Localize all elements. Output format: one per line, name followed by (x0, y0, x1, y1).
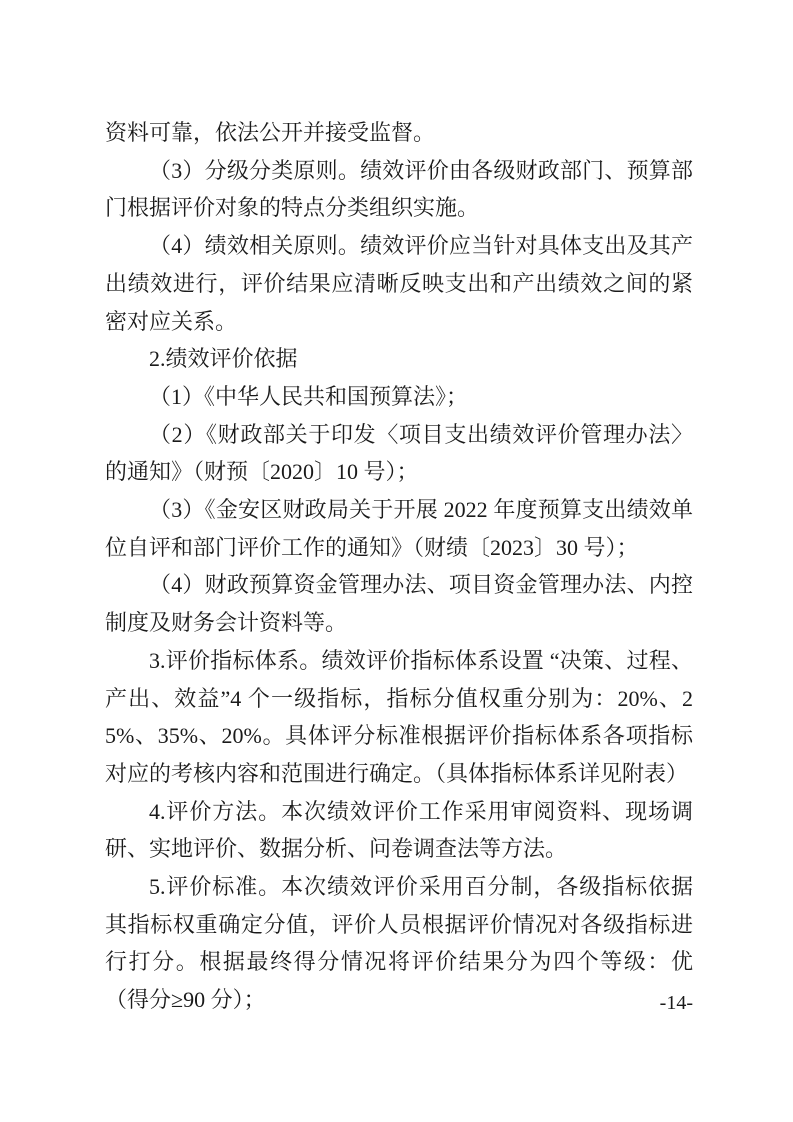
document-body: 资料可靠，依法公开并接受监督。 （3）分级分类原则。绩效评价由各级财政部门、预算… (105, 114, 693, 1019)
paragraph: （2）《财政部关于印发〈项目支出绩效评价管理办法〉的通知》（财预〔2020〕10… (105, 416, 693, 491)
paragraph-continuation: 资料可靠，依法公开并接受监督。 (105, 114, 693, 152)
page-number: -14- (105, 992, 693, 1014)
paragraph: （4）绩效相关原则。绩效评价应当针对具体支出及其产出绩效进行，评价结果应清晰反映… (105, 227, 693, 340)
paragraph: （4）财政预算资金管理办法、项目资金管理办法、内控制度及财务会计资料等。 (105, 566, 693, 641)
document-page: 资料可靠，依法公开并接受监督。 （3）分级分类原则。绩效评价由各级财政部门、预算… (0, 0, 793, 1122)
paragraph: 4.评价方法。本次绩效评价工作采用审阅资料、现场调研、实地评价、数据分析、问卷调… (105, 793, 693, 868)
paragraph: （1）《中华人民共和国预算法》； (105, 378, 693, 416)
paragraph: （3）分级分类原则。绩效评价由各级财政部门、预算部门根据评价对象的特点分类组织实… (105, 152, 693, 227)
paragraph-heading: 2.绩效评价依据 (105, 340, 693, 378)
paragraph: （3）《金安区财政局关于开展 2022 年度预算支出绩效单位自评和部门评价工作的… (105, 491, 693, 566)
paragraph: 3.评价指标体系。绩效评价指标体系设置 “决策、过程、产出、效益”4 个一级指标… (105, 642, 693, 793)
